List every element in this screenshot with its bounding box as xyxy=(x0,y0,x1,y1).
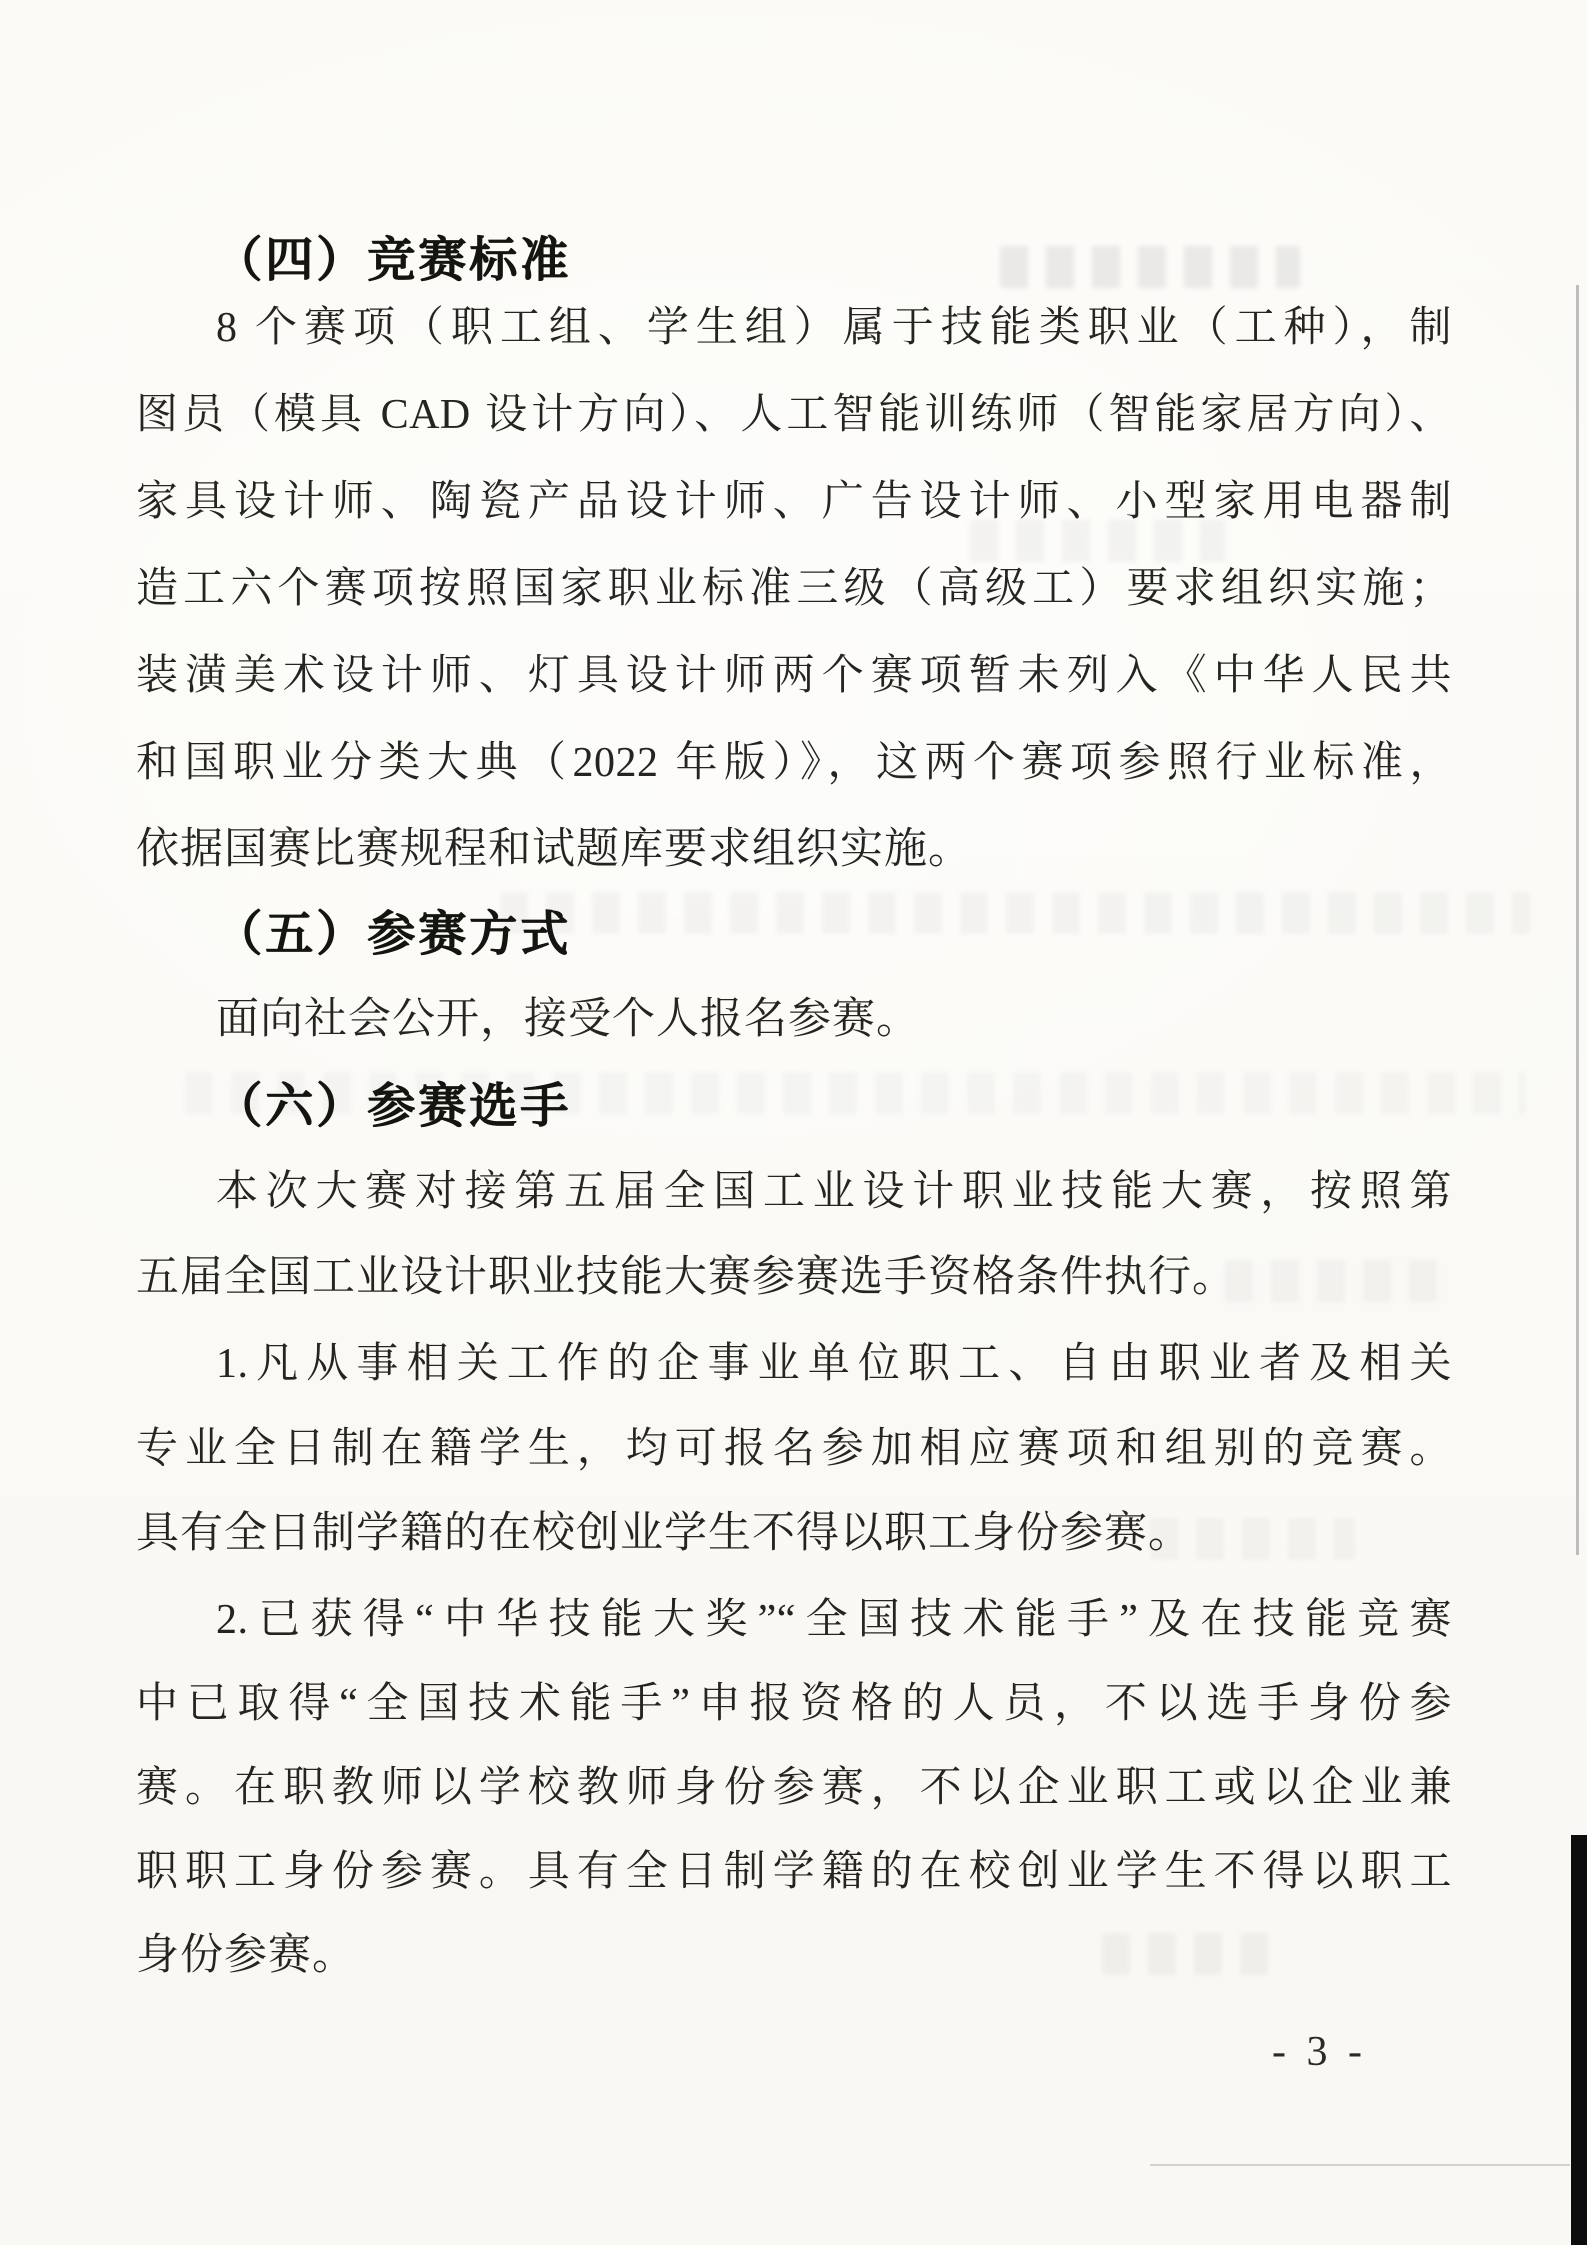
text-line: 依据国赛比赛规程和试题库要求组织实施。 xyxy=(136,822,1452,878)
section-heading-5: （五）参赛方式 xyxy=(214,906,571,964)
text-line: 1.凡从事相关工作的企事业单位职工、自由职业者及相关 xyxy=(136,1336,1452,1392)
scan-edge-bar xyxy=(1571,1835,1587,2245)
text-line: 图员（模具 CAD 设计方向）、人工智能训练师（智能家居方向）、 xyxy=(136,387,1452,443)
text-line: 职职工身份参赛。具有全日制学籍的在校创业学生不得以职工 xyxy=(136,1844,1452,1900)
text-line: 2.已获得“中华技能大奖”“全国技术能手”及在技能竞赛 xyxy=(136,1592,1452,1648)
text-line: 身份参赛。 xyxy=(136,1928,1452,1984)
section-heading-6: （六）参赛选手 xyxy=(214,1078,571,1136)
text-line: 具有全日制学籍的在校创业学生不得以职工身份参赛。 xyxy=(136,1506,1452,1562)
text-line: 专业全日制在籍学生，均可报名参加相应赛项和组别的竞赛。 xyxy=(136,1421,1452,1477)
scan-edge-line xyxy=(1576,285,1579,1555)
bleedthrough-artifact xyxy=(500,892,1530,934)
text-line: 造工六个赛项按照国家职业标准三级（高级工）要求组织实施； xyxy=(136,561,1452,617)
page-number: - 3 - xyxy=(1272,2028,1367,2076)
section-heading-4: （四）竞赛标准 xyxy=(214,232,571,290)
text-line: 本次大赛对接第五届全国工业设计职业技能大赛，按照第 xyxy=(136,1164,1452,1220)
text-line: 装潢美术设计师、灯具设计师两个赛项暂未列入《中华人民共 xyxy=(136,648,1452,704)
text-line: 面向社会公开，接受个人报名参赛。 xyxy=(136,992,1452,1048)
text-line: 中已取得“全国技术能手”申报资格的人员，不以选手身份参 xyxy=(136,1676,1452,1732)
text-line: 五届全国工业设计职业技能大赛参赛选手资格条件执行。 xyxy=(136,1250,1452,1306)
bleedthrough-artifact xyxy=(1000,246,1300,288)
text-line: 赛。在职教师以学校教师身份参赛，不以企业职工或以企业兼 xyxy=(136,1760,1452,1816)
text-line: 家具设计师、陶瓷产品设计师、广告设计师、小型家用电器制 xyxy=(136,474,1452,530)
scan-faint-crease xyxy=(1150,2164,1570,2166)
text-line: 和国职业分类大典（2022 年版）》，这两个赛项参照行业标准， xyxy=(136,735,1452,791)
text-line: 8 个赛项（职工组、学生组）属于技能类职业（工种），制 xyxy=(136,300,1452,356)
document-page: （四）竞赛标准 8 个赛项（职工组、学生组）属于技能类职业（工种），制 图员（模… xyxy=(0,0,1587,2245)
